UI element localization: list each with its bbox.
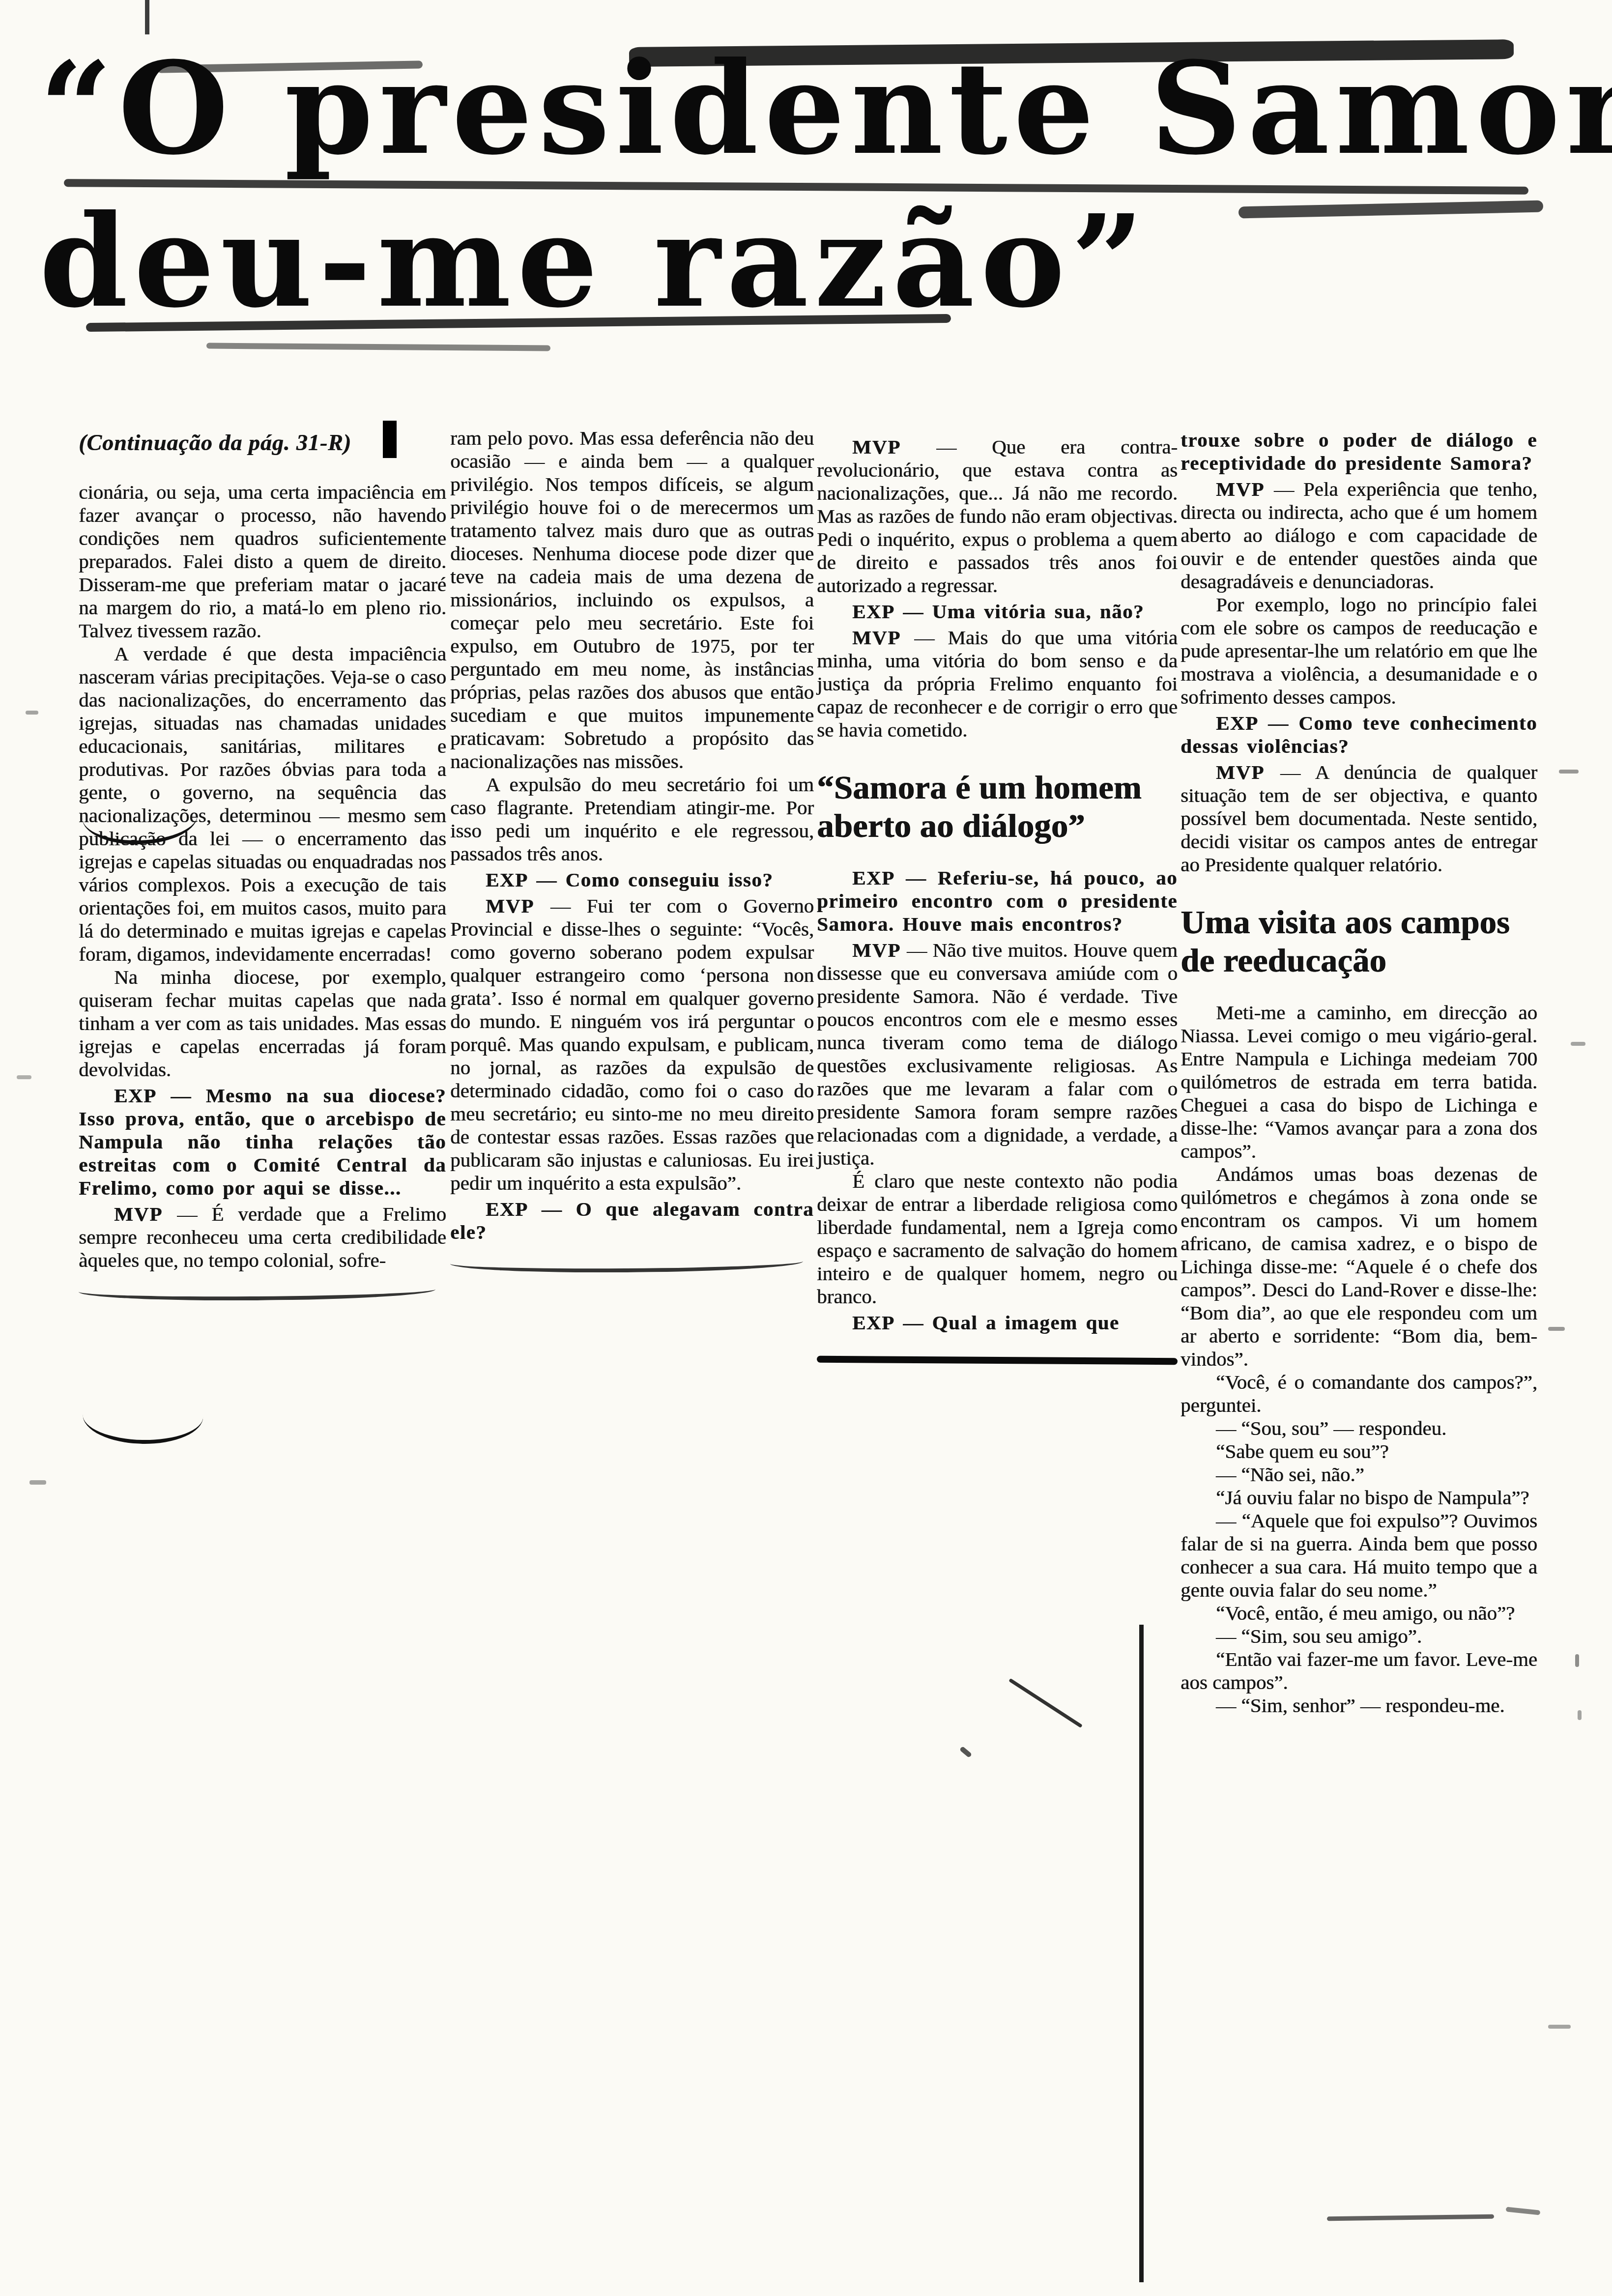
scan-noise: [1548, 2025, 1571, 2029]
interview-answer: MVP — Pela experiência que tenho, direct…: [1180, 478, 1537, 593]
interview-question: EXP — Qual a imagem que: [817, 1311, 1178, 1334]
headline-line-1: “O presidente Samora: [39, 47, 1592, 171]
headline: “O presidente Samora deu-me razão”: [39, 47, 1592, 324]
interview-question: trouxe sobre o poder de diálogo e recept…: [1180, 429, 1537, 475]
scan-noise: [1578, 1710, 1582, 1720]
interview-question: EXP — Como conseguiu isso?: [450, 868, 814, 891]
speaker-tag: MVP: [852, 626, 901, 649]
body-paragraph: Andámos umas boas dezenas de quilómetros…: [1180, 1163, 1537, 1371]
article-column-1: (Continuação da pág. 31-R)cionária, ou s…: [79, 421, 446, 1300]
interview-answer: MVP — Mais do que uma vitória minha, uma…: [817, 626, 1178, 742]
continuation-note: (Continuação da pág. 31-R): [79, 421, 446, 458]
headline-line-2: deu-me razão”: [39, 200, 1592, 324]
scan-noise: [1559, 770, 1579, 774]
column-divider-line: [1139, 1625, 1144, 2282]
body-paragraph: “Você, então, é meu amigo, ou não”?: [1180, 1602, 1537, 1625]
scan-smudge: [206, 343, 550, 351]
body-paragraph: “Você, é o comandante dos campos?”, perg…: [1180, 1371, 1537, 1417]
article-column-3: MVP — Que era contra-revolucionário, que…: [817, 432, 1178, 1364]
scan-smudge: [1327, 2214, 1494, 2221]
body-paragraph: — “Sim, sou seu amigo”.: [1180, 1625, 1537, 1648]
body-paragraph: ram pelo povo. Mas essa deferência não d…: [450, 427, 814, 773]
scan-noise: [17, 1075, 31, 1079]
speaker-tag: EXP: [852, 866, 895, 889]
speaker-tag: EXP: [852, 600, 895, 623]
ink-squiggle-divider: [79, 1285, 435, 1301]
interview-question: EXP — Uma vitória sua, não?: [817, 600, 1178, 623]
speaker-tag: EXP: [1216, 712, 1259, 734]
speaker-tag: MVP: [486, 894, 534, 917]
article-column-4: trouxe sobre o poder de diálogo e recept…: [1180, 429, 1537, 1717]
scan-noise: [26, 711, 38, 715]
body-paragraph: É claro que neste contexto não podia dei…: [817, 1170, 1178, 1308]
interview-answer: MVP — Que era contra-revolucionário, que…: [817, 435, 1178, 597]
stray-pen-stroke: [959, 1746, 972, 1758]
speaker-tag: MVP: [1216, 478, 1265, 500]
speaker-tag: MVP: [114, 1203, 163, 1225]
interview-question: EXP — Referiu-se, há pouco, ao primeiro …: [817, 866, 1178, 936]
body-paragraph: — “Sou, sou” — respondeu.: [1180, 1417, 1537, 1440]
newspaper-clipping-page: “O presidente Samora deu-me razão” (Cont…: [0, 0, 1612, 2296]
interview-answer: MVP — Fui ter com o Governo Provincial e…: [450, 894, 814, 1195]
scan-smudge: [145, 0, 149, 34]
section-end-rule: [817, 1356, 1178, 1365]
section-subhead: “Samora é um homem aberto ao diálogo”: [817, 768, 1178, 845]
margin-pen-mark: [82, 1410, 203, 1445]
speaker-tag: EXP: [486, 868, 528, 891]
body-paragraph: — “Não sei, não.”: [1180, 1463, 1537, 1486]
interview-answer: MVP — É verdade que a Frelimo sempre rec…: [79, 1203, 446, 1272]
interview-question: EXP — O que alegavam contra ele?: [450, 1198, 814, 1244]
speaker-tag: MVP: [852, 939, 901, 961]
scan-noise: [1548, 1327, 1565, 1331]
interview-question: EXP — Como teve conhecimento dessas viol…: [1180, 712, 1537, 758]
scan-smudge: [1506, 2207, 1541, 2215]
scan-noise: [29, 1480, 46, 1485]
stray-pen-stroke: [1008, 1678, 1083, 1728]
body-paragraph: cionária, ou seja, uma certa impaciência…: [79, 481, 446, 642]
body-paragraph: A expulsão do meu secretário foi um caso…: [450, 773, 814, 865]
body-paragraph: “Sabe quem eu sou”?: [1180, 1440, 1537, 1463]
section-subhead: Uma visita aos campos de reeducação: [1180, 903, 1537, 979]
speaker-tag: MVP: [1216, 761, 1265, 783]
article-column-2: ram pelo povo. Mas essa deferência não d…: [450, 427, 814, 1272]
ink-squiggle-divider: [450, 1257, 803, 1273]
interview-answer: MVP — Não tive muitos. Houve quem disses…: [817, 939, 1178, 1170]
speaker-tag: MVP: [852, 435, 901, 458]
body-paragraph: “Então vai fazer-me um favor. Leve-me ao…: [1180, 1648, 1537, 1694]
interview-question: EXP — Mesmo na sua diocese? Isso prova, …: [79, 1084, 446, 1200]
speaker-tag: EXP: [486, 1198, 528, 1220]
interview-answer: MVP — A denúncia de qualquer situação te…: [1180, 761, 1537, 876]
body-paragraph: Meti-me a caminho, em direcção ao Niassa…: [1180, 1001, 1537, 1163]
body-paragraph: Na minha diocese, por exemplo, quiseram …: [79, 966, 446, 1081]
body-paragraph: Por exemplo, logo no princípio falei com…: [1180, 593, 1537, 709]
body-paragraph: — “Aquele que foi expulso”? Ouvimos fala…: [1180, 1509, 1537, 1602]
speaker-tag: EXP: [114, 1084, 157, 1107]
body-paragraph: A verdade é que desta impaciência nascer…: [79, 642, 446, 966]
speaker-tag: EXP: [852, 1311, 895, 1334]
body-paragraph: — “Sim, senhor” — respondeu-me.: [1180, 1694, 1537, 1717]
body-paragraph: “Já ouviu falar no bispo de Nampula”?: [1180, 1486, 1537, 1509]
scan-noise: [1575, 1654, 1579, 1667]
scan-noise: [1571, 1042, 1585, 1046]
